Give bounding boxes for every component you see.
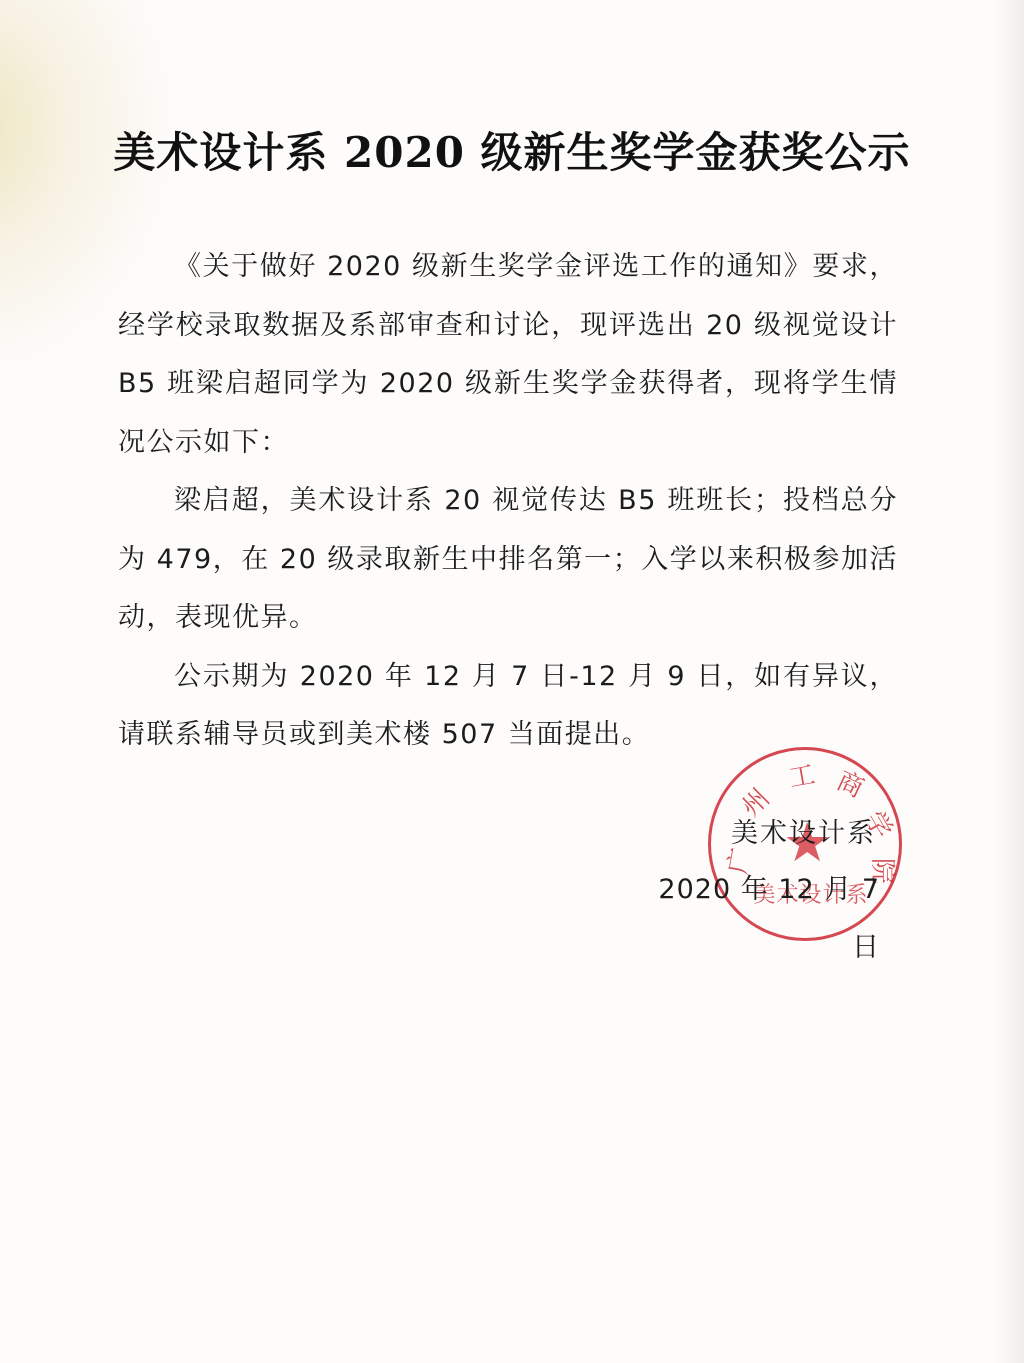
line: 动，表现优异。	[118, 602, 318, 633]
line: 《关于做好 2020 级新生奖学金评选工作的通知》要求，	[174, 251, 898, 282]
paragraph-student-info: 梁启超，美术设计系 20 视觉传达 B5 班班长；投档总分为 479，在 20 …	[118, 472, 898, 648]
signature-department: 美术设计系	[640, 805, 880, 863]
seal-char: 商	[830, 765, 870, 805]
document-title: 美术设计系 2020 级新生奖学金获奖公示	[0, 120, 1024, 180]
paper-shade	[994, 0, 1024, 1363]
paragraph-notice-period: 公示期为 2020 年 12 月 7 日-12 月 9 日，如有异议，请联系辅导…	[118, 648, 898, 765]
paragraph-intro: 《关于做好 2020 级新生奖学金评选工作的通知》要求，经学校录取数据及系部审查…	[118, 238, 898, 472]
signature-block: 美术设计系 2020 年 12 月 7 日	[640, 805, 880, 977]
seal-char: 工	[785, 760, 820, 795]
line: 经学校录取数据及系部审查和讨论，现评选出 20 级视觉设	[118, 310, 870, 341]
signature-date: 2020 年 12 月 7 日	[640, 861, 880, 977]
line: 为 479，在 20 级录取新生中排名第一；入学以来积极参加活	[118, 544, 898, 575]
line: 联系辅导员或到美术楼 507 当面提出。	[147, 719, 651, 750]
document-body: 《关于做好 2020 级新生奖学金评选工作的通知》要求，经学校录取数据及系部审查…	[118, 238, 898, 765]
line: 梁启超，美术设计系 20 视觉传达 B5 班班长；投档总分	[174, 485, 898, 516]
